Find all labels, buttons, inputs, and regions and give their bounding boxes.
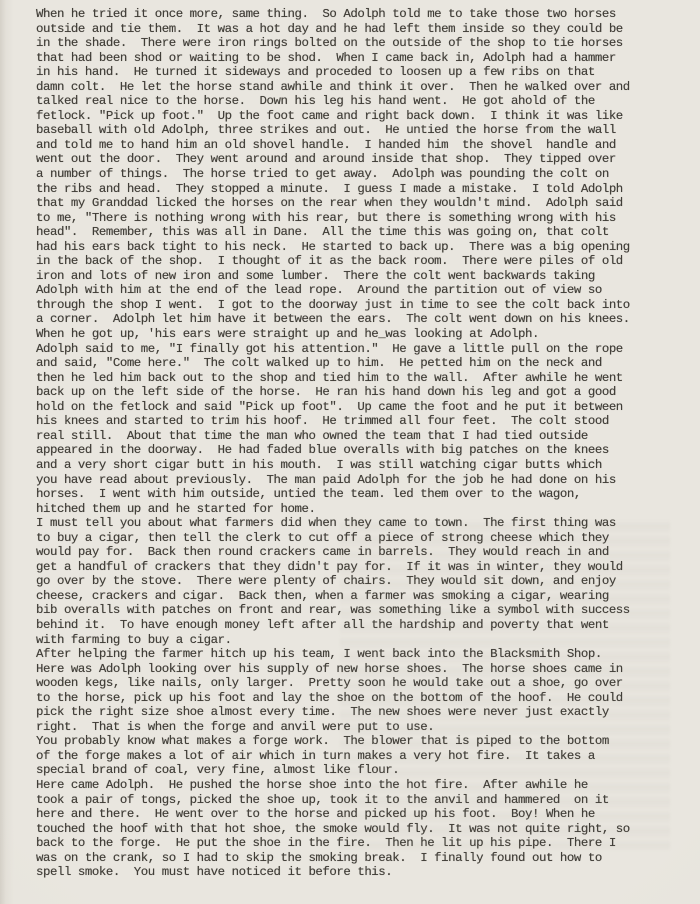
typewritten-text: When he tried it once more, same thing. …: [36, 7, 630, 880]
document-page: When he tried it once more, same thing. …: [0, 0, 700, 904]
